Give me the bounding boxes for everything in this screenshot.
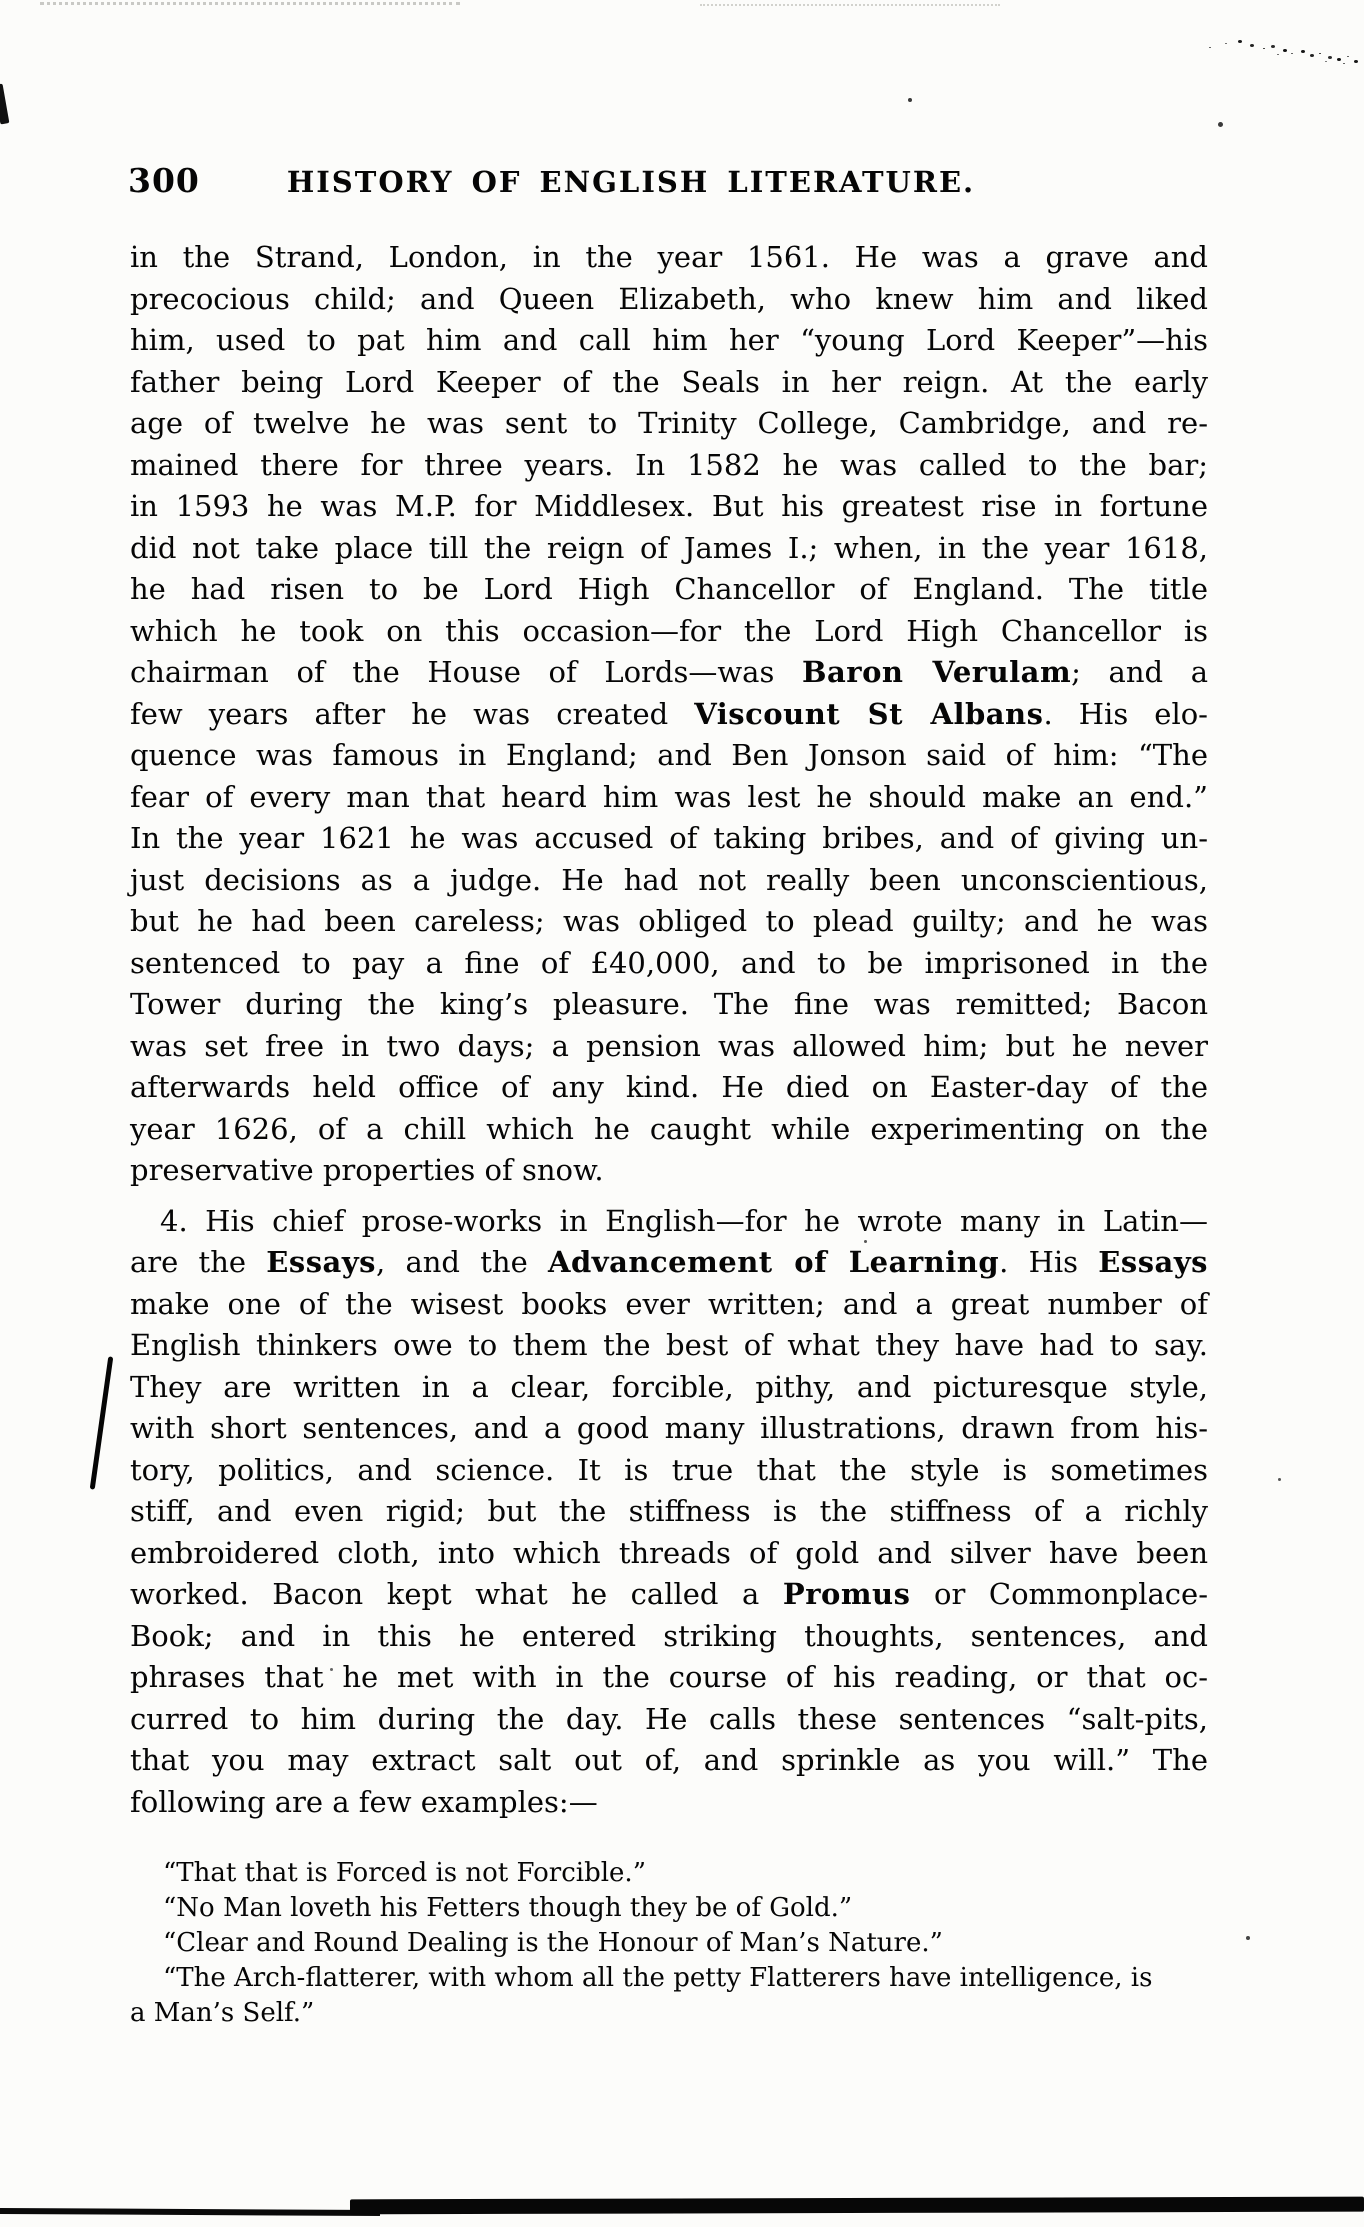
scan-bottom-band [350,2197,1364,2215]
scan-edge-noise [40,2,460,5]
text-line: fear of every man that heard him was les… [130,777,1208,819]
text-line: phrases that he met with in the course o… [130,1657,1208,1699]
text-line: in 1593 he was M.P. for Middlesex. But h… [130,486,1208,528]
text-line: embroidered cloth, into which threads of… [130,1533,1208,1575]
quote-line: “That that is Forced is not Forcible.” [130,1856,1208,1891]
text-line: preservative properties of snow. [130,1150,1208,1192]
text-line: with short sentences, and a good many il… [130,1408,1208,1450]
scan-edge-noise [700,4,1000,6]
text-line: worked. Bacon kept what he called a Prom… [130,1574,1208,1616]
text-line: chairman of the House of Lords—was Baron… [130,652,1208,694]
text-line: curred to him during the day. He calls t… [130,1699,1208,1741]
text-line: him, used to pat him and call him her “y… [130,320,1208,362]
text-line: stiff, and even rigid; but the stiffness… [130,1491,1208,1533]
scan-bottom-band [0,2208,380,2216]
text-line: sentenced to pay a fine of £40,000, and … [130,943,1208,985]
margin-pen-stroke [90,1356,114,1489]
top-right-ink-smudge [1238,40,1242,43]
quote-line: “The Arch-flatterer, with whom all the p… [130,1961,1208,1996]
ink-speck [908,98,912,102]
text-line: which he took on this occasion—for the L… [130,611,1208,653]
text-line: was set free in two days; a pension was … [130,1026,1208,1068]
text-line: in the Strand, London, in the year 1561.… [130,237,1208,279]
text-line: In the year 1621 he was accused of takin… [130,818,1208,860]
text-line: he had risen to be Lord High Chancellor … [130,569,1208,611]
ink-speck [1218,122,1223,127]
text-line: 4. His chief prose-works in English—for … [130,1201,1208,1243]
body-text: in the Strand, London, in the year 1561.… [130,237,1208,2031]
left-edge-ink-mark [0,84,9,125]
text-line: that you may extract salt out of, and sp… [130,1740,1208,1782]
paragraph: 4. His chief prose-works in English—for … [130,1201,1208,1824]
quote-line: “Clear and Round Dealing is the Honour o… [130,1926,1208,1961]
text-line: age of twelve he was sent to Trinity Col… [130,403,1208,445]
quote-line: a Man’s Self.” [130,1996,1208,2031]
text-line: following are a few examples:— [130,1782,1208,1824]
text-line: few years after he was created Viscount … [130,694,1208,736]
text-line: just decisions as a judge. He had not re… [130,860,1208,902]
text-line: year 1626, of a chill which he caught wh… [130,1109,1208,1151]
text-line: father being Lord Keeper of the Seals in… [130,362,1208,404]
text-line: make one of the wisest books ever writte… [130,1284,1208,1326]
text-line: but he had been careless; was obliged to… [130,901,1208,943]
scanned-book-page: 300 HISTORY OF ENGLISH LITERATURE. in th… [0,0,1364,2227]
text-line: English thinkers owe to them the best of… [130,1325,1208,1367]
running-title: HISTORY OF ENGLISH LITERATURE. [92,166,1170,198]
text-line: did not take place till the reign of Jam… [130,528,1208,570]
ink-speck [1278,1478,1281,1481]
text-line: They are written in a clear, forcible, p… [130,1367,1208,1409]
ink-speck [1246,1936,1250,1940]
text-line: afterwards held office of any kind. He d… [130,1067,1208,1109]
page-header: 300 HISTORY OF ENGLISH LITERATURE. [130,163,1208,205]
text-line: Book; and in this he entered striking th… [130,1616,1208,1658]
text-line: precocious child; and Queen Elizabeth, w… [130,279,1208,321]
text-line: Tower during the king’s pleasure. The fi… [130,984,1208,1026]
text-line: quence was famous in England; and Ben Jo… [130,735,1208,777]
quoted-examples: “That that is Forced is not Forcible.”“N… [130,1856,1208,2031]
text-line: mained there for three years. In 1582 he… [130,445,1208,487]
text-line: tory, politics, and science. It is true … [130,1450,1208,1492]
quote-line: “No Man loveth his Fetters though they b… [130,1891,1208,1926]
paragraph: in the Strand, London, in the year 1561.… [130,237,1208,1192]
text-line: are the Essays, and the Advancement of L… [130,1242,1208,1284]
